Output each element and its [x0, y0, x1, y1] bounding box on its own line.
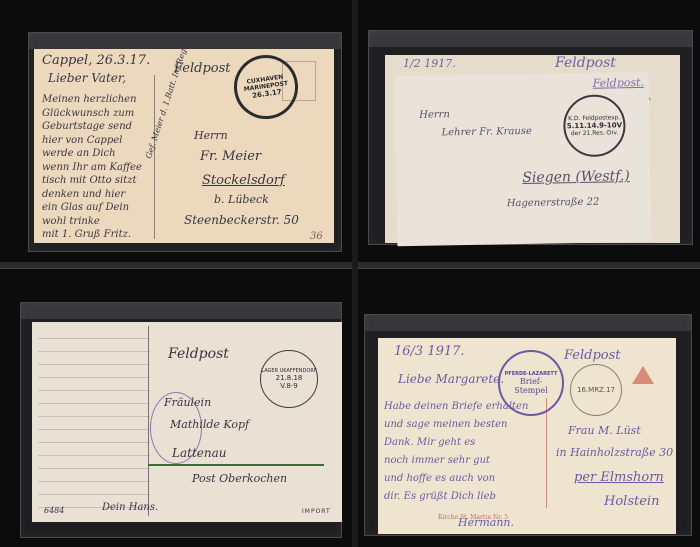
address-line-1: Herrn [419, 109, 450, 121]
postcard-bottom-left[interactable]: Feldpost LAGER UKAFFENDORF 21.8.18 V.8-9… [32, 322, 342, 522]
album-page-divider-horizontal [0, 262, 700, 268]
address-line-2: Fr. Meier [200, 149, 261, 164]
postcard-bottom-right[interactable]: 16/3 1917. Liebe Margarete. Habe deinen … [378, 338, 676, 534]
card-number: 6484 [44, 506, 64, 515]
address-line-1: Fräulein [164, 396, 211, 409]
message-body: Meinen herzlichen Glückwunsch zum Geburt… [42, 93, 154, 242]
postmark-date: 16.MRZ.17 [577, 386, 615, 394]
message-date: Cappel, 26.3.17. [42, 53, 150, 68]
address-line-1: Frau M. Lüst [568, 424, 641, 437]
feldpost-label: Feldpost [564, 348, 621, 363]
address-line-3: Siegen (Westf.) [522, 168, 630, 186]
green-rule [148, 464, 324, 466]
address-line-4: Post Oberkochen [192, 472, 287, 485]
address-line-4: b. Lübeck [214, 193, 269, 206]
address-line-4: Holstein [604, 494, 659, 509]
feldpost-label: Feldpost [168, 346, 229, 362]
postmark: K.D. Feldpostexp. 5.11.14.9-10V der 21.R… [563, 94, 626, 157]
violet-stamp-center-2: Stempel [514, 386, 547, 395]
violet-stamp-center-1: Brief- [520, 377, 542, 386]
back-card-header: Feldpost [555, 55, 616, 71]
feldpost-label: Feldpost [174, 61, 231, 76]
feldpost-label: Feldpost. [593, 76, 645, 90]
postmark-bottom: der 21.Res.-Div. [571, 129, 619, 137]
address-line-2: Mathilde Kopf [170, 418, 249, 431]
address-line-4: Hagenerstraße 22 [507, 197, 600, 210]
message-greeting: Liebe Margarete. [398, 372, 504, 386]
violet-stamp: PFERDE-LAZARETT Brief- Stempel [498, 350, 564, 416]
address-line-2: in Hainholzstraße 30 [556, 446, 673, 459]
postmark-time: V.8-9 [280, 382, 298, 390]
address-line-2: Lehrer Fr. Krause [441, 126, 532, 139]
address-line-5: Steenbeckerstr. 50 [184, 213, 299, 227]
address-line-3: Stockelsdorf [202, 173, 285, 188]
message-date: 16/3 1917. [394, 344, 465, 359]
album-page-divider-vertical [352, 0, 358, 547]
card-divider-line [148, 326, 149, 516]
envelope-top-right[interactable]: Feldpost. K.D. Feldpostexp. 5.11.14.9-10… [395, 72, 652, 246]
signature: Dein Hans. [102, 502, 158, 513]
postmark-date: 21.8.18 [276, 374, 303, 382]
address-line-3: per Elmshorn [574, 470, 664, 485]
printed-caption: Kirche St. Martin Nr. 5 [438, 514, 508, 521]
address-line-3: Lattenau [172, 446, 226, 460]
pencil-note: 36 [310, 231, 323, 242]
postmark: LAGER UKAFFENDORF 21.8.18 V.8-9 [260, 350, 318, 408]
message-salutation: Lieber Vater, [48, 71, 126, 85]
card-divider-line [154, 75, 155, 239]
back-card-date: 1/2 1917. [403, 57, 456, 70]
postmark: 16.MRZ.17 [570, 364, 622, 416]
address-line-1: Herrn [194, 129, 228, 142]
triangle-mark [632, 366, 654, 384]
card-divider-line [546, 398, 547, 508]
message-body [38, 326, 150, 516]
postcard-top-left[interactable]: Cappel, 26.3.17. Lieber Vater, Meinen he… [34, 49, 334, 243]
message-body: Habe deinen Briefe erhalten und sage mei… [384, 398, 528, 506]
printer-mark: IMPORT [302, 508, 331, 515]
